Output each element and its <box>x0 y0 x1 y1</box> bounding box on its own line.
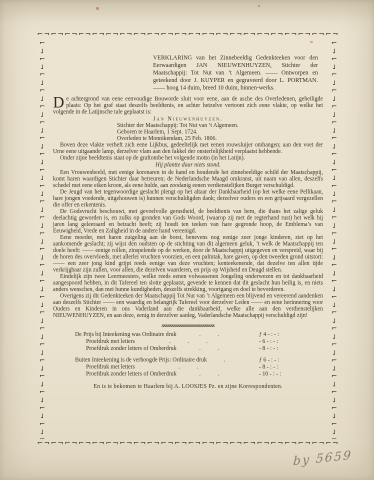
body-paragraph: Overigens zij dit Gedenkteeken der Maats… <box>53 293 323 319</box>
price-leader-dots: ... <box>135 338 259 345</box>
price-table-subscription: De Prijs bij Inteekening was Ordinaire d… <box>75 331 311 352</box>
price-value: - 8 - : - : <box>259 364 311 371</box>
ornamental-border-frame: ⌐¬⌐¬⌐¬⌐¬⌐¬⌐¬⌐¬⌐¬⌐¬⌐¬⌐¬⌐¬⌐¬⌐¬⌐¬⌐¬⌐¬⌐¬⌐¬⌐¬… <box>37 30 338 448</box>
price-row: Proefdruk met letters .. - 8 - : - : <box>75 364 311 371</box>
body-paragraph: Eene moeder, met haren zuigeling aan de … <box>53 234 323 273</box>
price-leader-dots: .. <box>176 371 259 378</box>
printed-text-area: VERKLARING van het Zinnebeeldig Gedenkte… <box>46 39 329 439</box>
price-row: Proefdruk zonder letters of Omberdruk ..… <box>75 345 311 352</box>
body-paragraph: De Godsvrucht beschouwt, met gevoelvolle… <box>53 208 323 234</box>
paper-speck <box>258 5 260 7</box>
price-label: Proefdruk met letters <box>75 338 135 345</box>
price-row: Proefdruk zonder letters of Omberdruk ..… <box>75 371 311 378</box>
body-paragraph: Boven deze vlakte verheft zich eene Lijk… <box>53 142 323 155</box>
price-value: - 10 - : - : <box>259 371 311 378</box>
intro-paragraph-text: e achtergrond van eene eenvoudige Bouwor… <box>53 96 323 116</box>
price-row: Proefdruk met letters ... - 6 - : - : <box>75 338 311 345</box>
header-declaration: VERKLARING van het Zinnebeeldig Gedenkte… <box>153 54 318 92</box>
price-label: Buiten Inteekening is de verhoogde Prijs… <box>75 357 207 364</box>
paper-speck <box>96 7 99 10</box>
price-label: Proefdruk met letters <box>75 364 135 371</box>
border-top-ornament: ⌐¬⌐¬⌐¬⌐¬⌐¬⌐¬⌐¬⌐¬⌐¬⌐¬⌐¬⌐¬⌐¬⌐¬⌐¬⌐¬⌐¬⌐¬⌐¬⌐¬… <box>37 30 338 39</box>
body-paragraph: Onder zijne beeldtenis staat op de graft… <box>53 155 323 162</box>
price-leader-dots: .. <box>176 345 259 352</box>
price-table-after-subscription: Buiten Inteekening is de verhoogde Prijs… <box>75 357 311 378</box>
price-row: Buiten Inteekening is de verhoogde Prijs… <box>75 357 311 364</box>
rope-divider-ornament: ssssssssssssssssssssssssss <box>53 323 323 328</box>
rope-divider-glyphs: ssssssssssssssssssssssssss <box>162 322 215 328</box>
body-paragraph: Een Vrouwenbeeld, met eenige korenaren i… <box>53 169 323 189</box>
price-leader-dots: . <box>207 357 259 364</box>
price-label: Proefdruk zonder letters of Omberdruk <box>75 371 176 378</box>
body-paragraph: De Jeugd van het tegenwoordige geslacht … <box>53 189 323 209</box>
price-value: ƒ 6 - : - : <box>259 357 311 364</box>
intro-paragraph: De achtergrond van eene eenvoudige Bouwo… <box>53 96 323 116</box>
deceased-detail-block: Stichter der Maatschappij: Tot Nut van ’… <box>117 122 323 142</box>
price-label: De Prijs bij Inteekening was Ordinaire d… <box>75 331 176 338</box>
latin-motto-line: Hij plantte daar niets stond. <box>53 162 323 169</box>
availability-line: En is te bekomen te Haarlem bij A. LOOSJ… <box>53 383 323 390</box>
drop-cap-letter: D <box>53 96 64 109</box>
price-value: ƒ 4 - : - : <box>259 331 311 338</box>
price-leader-dots: .. <box>135 364 259 371</box>
price-row: De Prijs bij Inteekening was Ordinaire d… <box>75 331 311 338</box>
price-value: - 6 - : - : <box>259 338 311 345</box>
body-paragraph: Eindelijk zijn twee Leermeesters, welke … <box>53 273 323 293</box>
price-leader-dots: .. <box>176 331 259 338</box>
border-right-ornament: ⌐¬⌐¬⌐¬⌐¬⌐¬⌐¬⌐¬⌐¬⌐¬⌐¬⌐¬⌐¬⌐¬⌐¬⌐¬⌐¬⌐¬⌐¬⌐¬⌐¬… <box>329 39 338 439</box>
price-value: - 8 - : - : <box>259 345 311 352</box>
border-left-ornament: ⌐¬⌐¬⌐¬⌐¬⌐¬⌐¬⌐¬⌐¬⌐¬⌐¬⌐¬⌐¬⌐¬⌐¬⌐¬⌐¬⌐¬⌐¬⌐¬⌐¬… <box>37 39 46 439</box>
border-bottom-ornament: ⌐¬⌐¬⌐¬⌐¬⌐¬⌐¬⌐¬⌐¬⌐¬⌐¬⌐¬⌐¬⌐¬⌐¬⌐¬⌐¬⌐¬⌐¬⌐¬⌐¬… <box>37 439 338 448</box>
scanned-broadsheet: { "colors": { "paper": "#eae2ce", "ink":… <box>0 0 374 480</box>
price-label: Proefdruk zonder letters of Omberdruk <box>75 345 176 352</box>
